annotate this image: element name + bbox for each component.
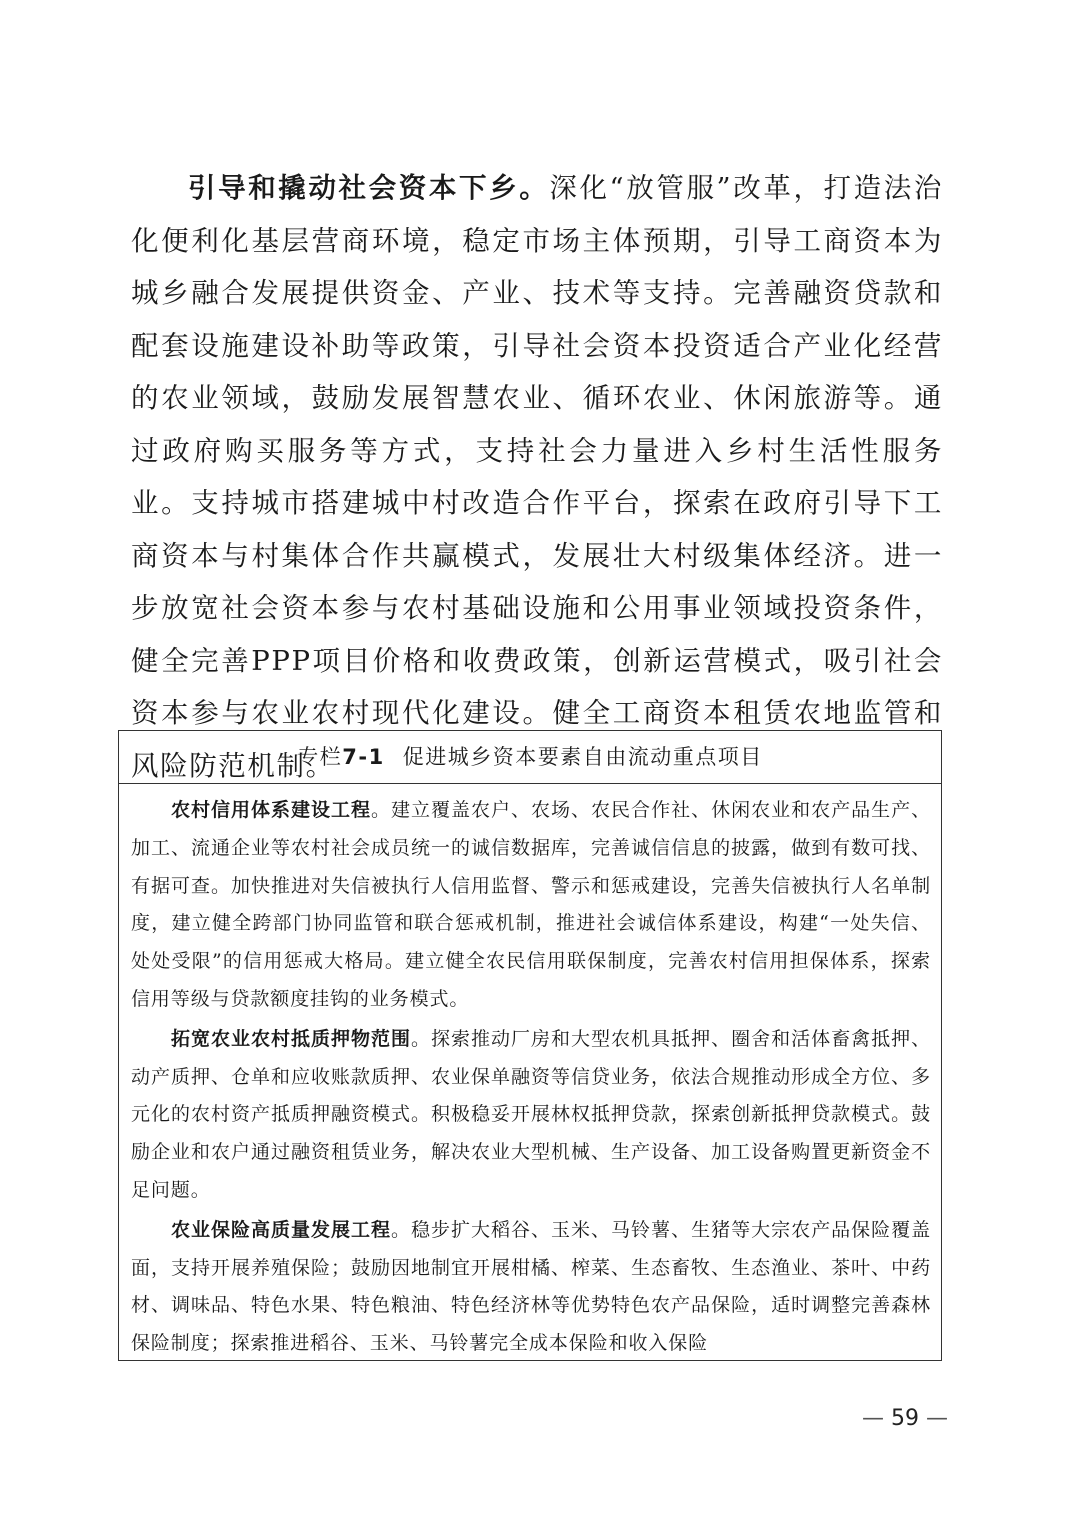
page-number: — 59 — bbox=[862, 1406, 948, 1431]
paragraph-text: 深化“放管服”改革，打造法治化便利化基层营商环境，稳定市场主体预期，引导工商资本… bbox=[131, 172, 943, 782]
box-title-prefix: 专栏 bbox=[297, 745, 342, 769]
sidebar-box: 专栏7-1促进城乡资本要素自由流动重点项目 农村信用体系建设工程。建立覆盖农户、… bbox=[118, 730, 942, 1361]
page-dash-left: — bbox=[862, 1406, 884, 1431]
box-item-heading: 农村信用体系建设工程 bbox=[171, 799, 371, 821]
box-item: 农村信用体系建设工程。建立覆盖农户、农场、农民合作社、休闲农业和农产品生产、加工… bbox=[131, 792, 931, 1019]
box-item-text: 。建立覆盖农户、农场、农民合作社、休闲农业和农产品生产、加工、流通企业等农村社会… bbox=[131, 799, 931, 1010]
box-title: 专栏7-1促进城乡资本要素自由流动重点项目 bbox=[119, 731, 941, 784]
box-body: 农村信用体系建设工程。建立覆盖农户、农场、农民合作社、休闲农业和农产品生产、加工… bbox=[119, 784, 941, 1363]
box-item: 农业保险高质量发展工程。稳步扩大稻谷、玉米、马铃薯、生猪等大宗农产品保险覆盖面，… bbox=[131, 1212, 931, 1363]
paragraph-heading: 引导和撬动社会资本下乡。 bbox=[188, 172, 549, 204]
page-number-value: 59 bbox=[891, 1406, 919, 1431]
body-paragraph: 引导和撬动社会资本下乡。深化“放管服”改革，打造法治化便利化基层营商环境，稳定市… bbox=[131, 162, 943, 792]
box-item: 拓宽农业农村抵质押物范围。探索推动厂房和大型农机具抵押、圈舍和活体畜禽抵押、动产… bbox=[131, 1021, 931, 1210]
box-title-text: 促进城乡资本要素自由流动重点项目 bbox=[403, 745, 763, 769]
box-title-number: 7-1 bbox=[342, 745, 384, 769]
page-dash-right: — bbox=[926, 1406, 948, 1431]
box-item-text: 。探索推动厂房和大型农机具抵押、圈舍和活体畜禽抵押、动产质押、仓单和应收账款质押… bbox=[131, 1028, 931, 1201]
box-item-heading: 拓宽农业农村抵质押物范围 bbox=[171, 1028, 411, 1050]
box-item-heading: 农业保险高质量发展工程 bbox=[171, 1219, 391, 1241]
